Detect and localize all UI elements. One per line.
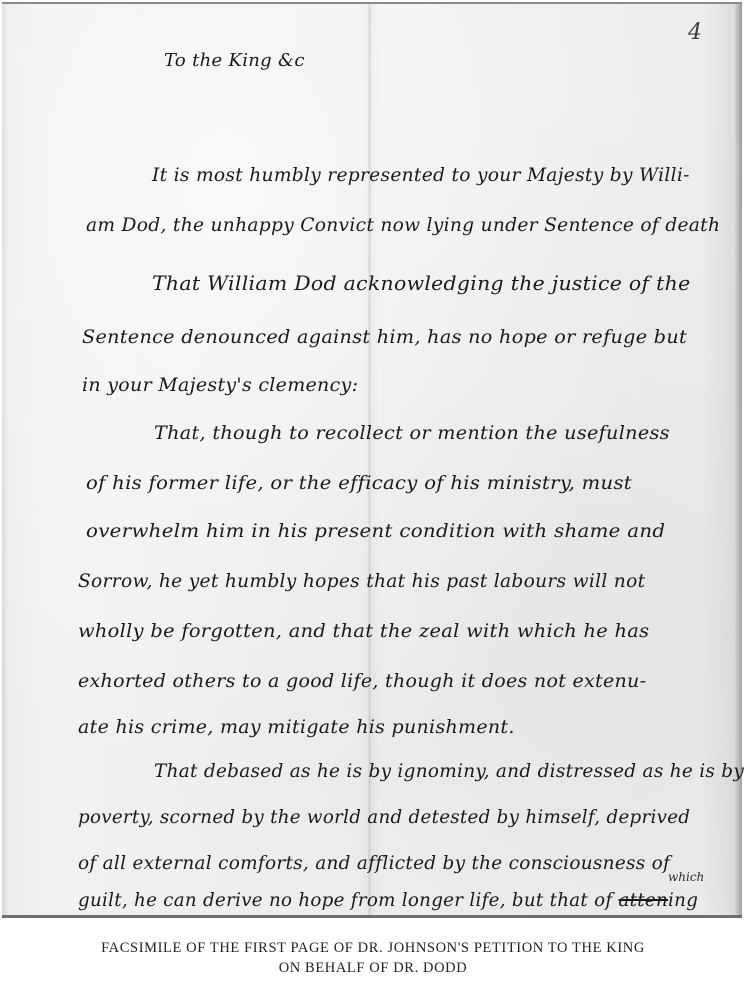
manuscript-line-5: in your Majesty's clemency: — [82, 374, 358, 396]
manuscript-line-15: of all external comforts, and afflicted … — [78, 852, 670, 874]
manuscript-page: 4 To the King &c It is most humbly repre… — [2, 2, 742, 918]
manuscript-line-16: guilt, he can derive no hope from longer… — [78, 889, 698, 911]
manuscript-line-11: exhorted others to a good life, though i… — [78, 670, 646, 692]
caption-line-1: FACSIMILE OF THE FIRST PAGE OF DR. JOHNS… — [0, 938, 746, 958]
manuscript-line-16-tail: ing — [668, 889, 698, 911]
manuscript-line-7: of his former life, or the efficacy of h… — [86, 472, 632, 494]
manuscript-line-1: It is most humbly represented to your Ma… — [152, 164, 690, 186]
manuscript-line-12: ate his crime, may mitigate his punishme… — [78, 716, 515, 738]
manuscript-line-3: That William Dod acknowledging the justi… — [152, 271, 690, 295]
figure-caption: FACSIMILE OF THE FIRST PAGE OF DR. JOHNS… — [0, 938, 746, 978]
page-number: 4 — [688, 20, 702, 45]
interlinear-insertion: which — [668, 870, 704, 884]
manuscript-line-4: Sentence denounced against him, has no h… — [82, 326, 687, 348]
struck-out-word: atten — [619, 889, 669, 911]
manuscript-line-8: overwhelm him in his present condition w… — [86, 520, 665, 542]
caption-line-2: ON BEHALF OF DR. DODD — [0, 958, 746, 978]
letter-heading: To the King &c — [164, 50, 305, 71]
manuscript-line-16-text: guilt, he can derive no hope from longer… — [78, 889, 612, 911]
manuscript-line-6: That, though to recollect or mention the… — [154, 422, 670, 444]
manuscript-line-10: wholly be forgotten, and that the zeal w… — [78, 620, 649, 642]
manuscript-line-13: That debased as he is by ignominy, and d… — [154, 760, 744, 782]
manuscript-line-14: poverty, scorned by the world and detest… — [78, 806, 690, 828]
manuscript-line-2: am Dod, the unhappy Convict now lying un… — [86, 214, 720, 236]
manuscript-line-9: Sorrow, he yet humbly hopes that his pas… — [78, 570, 645, 592]
